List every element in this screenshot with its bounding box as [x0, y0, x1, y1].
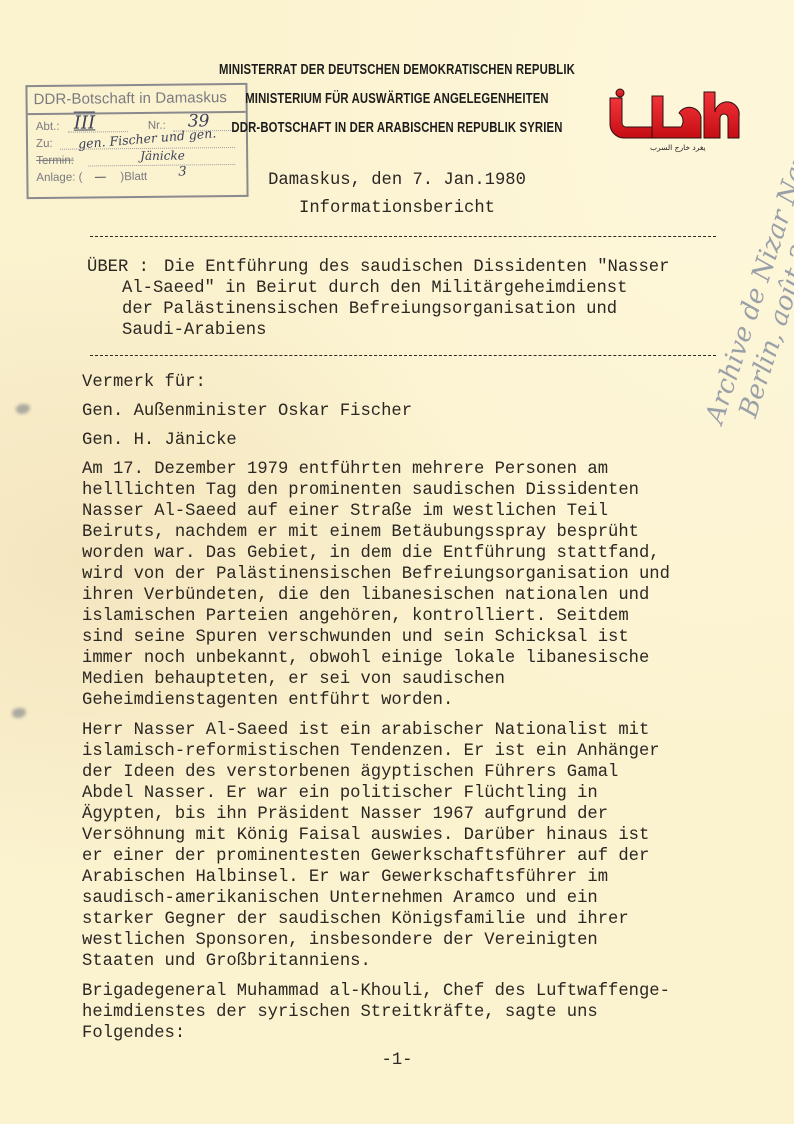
- body-line: islamischen Parteien angehören, kontroll…: [82, 606, 629, 627]
- body-line: saudisch-amerikanischen Unternehmen Aram…: [82, 888, 598, 909]
- document-type: Informationsbericht: [0, 198, 794, 219]
- body-line: ihren Verbündeten, die den libanesischen…: [82, 585, 649, 606]
- divider: [90, 355, 716, 356]
- logo-tagline: يغرد خارج السرب: [650, 143, 706, 152]
- body-line: sind seine Spuren verschwunden und sein …: [82, 627, 629, 648]
- stamp-label-zu: Zu:: [36, 138, 53, 150]
- body-line: Ägypten, bis ihn Präsident Nasser 1967 a…: [82, 804, 608, 825]
- stamp-value-termin: Jänicke: [140, 149, 185, 163]
- body-line: worden war. Das Gebiet, in dem die Entfü…: [82, 543, 660, 564]
- subject-line: der Palästinensischen Befreiungsorganisa…: [122, 299, 617, 320]
- body-line: Arabischen Halbinsel. Er war Gewerkschaf…: [82, 867, 608, 888]
- body-line: Am 17. Dezember 1979 entführten mehrere …: [82, 459, 608, 480]
- body-line: der Ideen des verstorbenen ägyptischen F…: [82, 762, 618, 783]
- body-line: Beiruts, nachdem er mit einem Betäubungs…: [82, 522, 639, 543]
- body-line: immer noch unbekannt, obwohl einige loka…: [82, 648, 649, 669]
- body-line: islamisch-reformistischen Tendenzen. Er …: [82, 741, 660, 762]
- subject-line: Saudi-Arabiens: [122, 320, 266, 341]
- stamp-label-termin: Termin:: [36, 155, 74, 167]
- body-line: heimdienstes der syrischen Streitkräfte,…: [82, 1002, 598, 1023]
- page-number: -1-: [0, 1050, 794, 1071]
- document-page: DDR-Botschaft in Damaskus Abt.: Nr.: III…: [0, 0, 794, 1124]
- body-line: Medien behaupteten, er sei von saudische…: [82, 669, 505, 690]
- body-line: Brigadegeneral Muhammad al-Khouli, Chef …: [82, 981, 670, 1002]
- subject-line: Die Entführung des saudischen Dissidente…: [164, 257, 669, 278]
- body-line: helllichten Tag den prominenten saudisch…: [82, 480, 639, 501]
- body-line: wird von der Palästinensischen Befreiung…: [82, 564, 670, 585]
- body-line: Abdel Nasser. Er war ein politischer Flü…: [82, 783, 598, 804]
- body-line: westlichen Sponsoren, insbesondere der V…: [82, 930, 598, 951]
- divider: [90, 236, 716, 237]
- recipient: Gen. H. Jänicke: [82, 430, 237, 451]
- body-line: Herr Nasser Al-Saeed ist ein arabischer …: [82, 720, 649, 741]
- body-line: Nasser Al-Saeed auf einer Straße im west…: [82, 501, 608, 522]
- place-date: Damaskus, den 7. Jan.1980: [0, 170, 794, 191]
- recipient: Gen. Außenminister Oskar Fischer: [82, 401, 412, 422]
- archive-handwritten-note: Archive de Nizar Nayouf Berlin, août 200…: [700, 109, 794, 437]
- body-line: Staaten und Großbritanniens.: [82, 951, 371, 972]
- body-line: Geheimdienstagenten entführt worden.: [82, 690, 453, 711]
- body-line: er einer der prominentesten Gewerkschaft…: [82, 846, 649, 867]
- punch-mark: [12, 708, 26, 718]
- memo-label: Vermerk für:: [82, 372, 206, 393]
- punch-mark: [16, 404, 30, 414]
- subject-line: Al-Saeed" in Beirut durch den Militärgeh…: [122, 278, 627, 299]
- subject-label: ÜBER :: [87, 257, 149, 278]
- body-line: Versöhnung mit König Faisal auswies. Dar…: [82, 825, 649, 846]
- body-line: starker Gegner der saudischen Königsfami…: [82, 909, 629, 930]
- header-line-1: MINISTERRAT DER DEUTSCHEN DEMOKRATISCHEN…: [87, 62, 706, 78]
- body-line: Folgendes:: [82, 1023, 185, 1044]
- stamp-label-abt: Abt.:: [36, 121, 60, 133]
